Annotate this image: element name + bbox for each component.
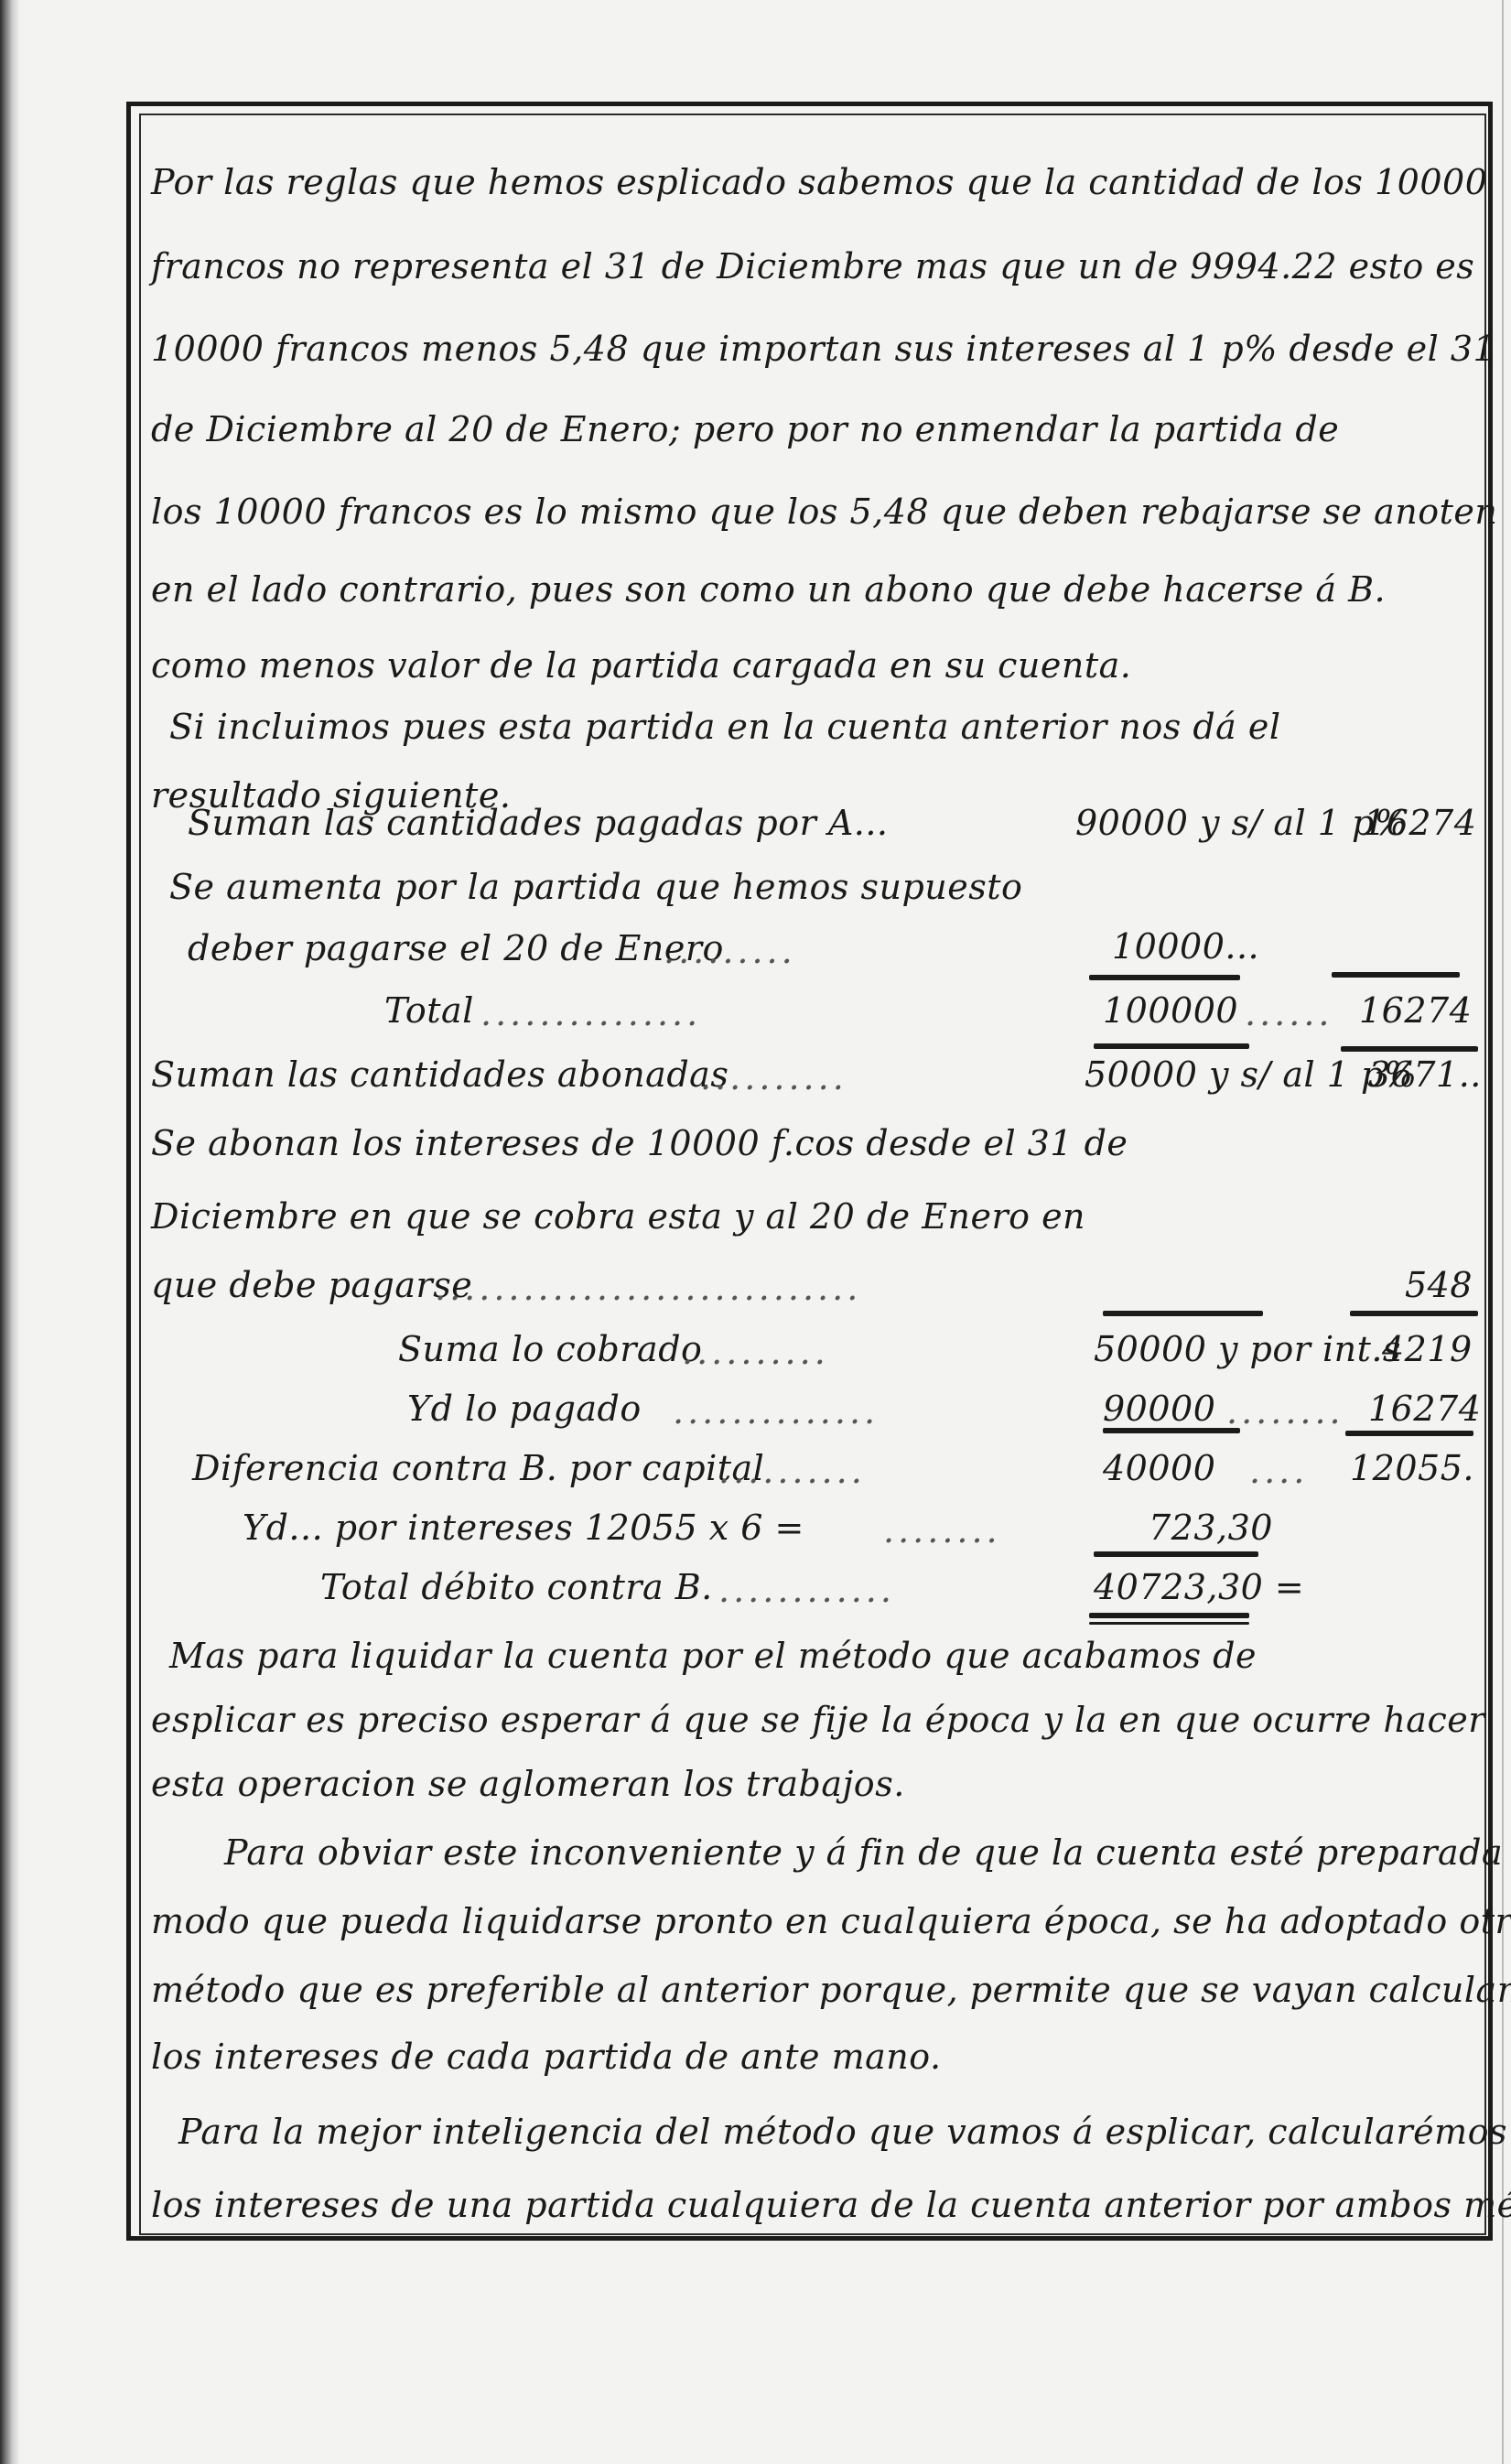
double-rule (1089, 1613, 1249, 1618)
double-rule (1094, 1043, 1249, 1049)
text-line: los intereses de cada partida de ante ma… (151, 2039, 942, 2074)
account-capital: 40000 (1103, 1451, 1215, 1486)
leader-dots: .... (1249, 1454, 1308, 1488)
account-label: Diciembre en que se cobra esta y al 20 d… (151, 1199, 1085, 1234)
sum-rule (1089, 975, 1240, 980)
text-line: esplicar es preciso esperar á que se fij… (151, 1702, 1485, 1737)
sum-rule (1103, 1311, 1263, 1316)
account-label: Total débito contra B. (320, 1570, 713, 1605)
double-rule (1341, 1046, 1478, 1052)
leader-dots: ............................. (435, 1270, 861, 1305)
account-label: Suman las cantidades pagadas por A... (188, 805, 889, 840)
sum-rule (1345, 1431, 1473, 1436)
account-label: Se abonan los intereses de 10000 f.cos d… (151, 1126, 1128, 1161)
leader-dots: ...... (1245, 996, 1333, 1031)
text-line: francos no representa el 31 de Diciembre… (151, 249, 1474, 284)
account-label: deber pagarse el 20 de Enero (188, 931, 724, 966)
text-line: 10000 francos menos 5,48 que importan su… (151, 331, 1495, 366)
account-interest: 4219 (1382, 1332, 1473, 1367)
leader-dots: ........ (883, 1513, 1001, 1548)
text-line: de Diciembre al 20 de Enero; pero por no… (151, 412, 1339, 447)
account-interest: 16274 (1368, 1391, 1481, 1426)
account-capital: 90000 (1103, 1391, 1215, 1426)
sum-rule (1350, 1311, 1478, 1316)
sum-rule (1094, 1551, 1258, 1557)
text-line: método que es preferible al anterior por… (151, 1972, 1511, 2007)
leader-dots: ......... (664, 934, 796, 968)
account-label: Yd lo pagado (407, 1391, 642, 1426)
account-capital: 10000... (1112, 929, 1259, 964)
leader-dots: .......... (682, 1335, 829, 1369)
account-label: que debe pagarse (151, 1268, 472, 1302)
account-label: Total (384, 993, 474, 1028)
account-interest: 12055. (1350, 1451, 1474, 1486)
double-rule (1089, 1622, 1249, 1625)
text-line: los 10000 francos es lo mismo que los 5,… (151, 494, 1497, 529)
text-line: los intereses de una partida cualquiera … (151, 2188, 1511, 2222)
leader-dots: .............. (673, 1394, 879, 1429)
account-capital: 50000 y por int.s (1094, 1332, 1401, 1367)
text-line: Por las reglas que hemos esplicado sabem… (151, 165, 1487, 200)
account-capital: 90000 y s/ al 1 p% (1075, 805, 1408, 840)
account-capital: 100000 (1103, 993, 1238, 1028)
account-interest: 3671.. (1368, 1057, 1482, 1092)
text-line: esta operacion se aglomeran los trabajos… (151, 1767, 905, 1801)
text-line: Mas para liquidar la cuenta por el métod… (169, 1638, 1257, 1673)
account-label: Suman las cantidades abonadas (151, 1057, 729, 1092)
text-line: Si incluimos pues esta partida en la cue… (169, 709, 1281, 744)
sum-rule (1103, 1428, 1240, 1433)
account-capital: 723,30 (1149, 1510, 1273, 1545)
text-line: Para la mejor inteligencia del método qu… (178, 2114, 1507, 2149)
account-interest: 16274 (1364, 805, 1476, 840)
binding-shadow (0, 0, 20, 2464)
account-label: Suma lo cobrado (398, 1332, 702, 1367)
leader-dots: ........ (1226, 1394, 1344, 1429)
leader-dots: ............... (480, 996, 701, 1031)
leader-dots: .......... (700, 1060, 847, 1095)
text-line: modo que pueda liquidarse pronto en cual… (151, 1904, 1511, 1939)
account-interest: 16274 (1359, 993, 1472, 1028)
leader-dots: ............ (718, 1572, 895, 1607)
account-capital: 40723,30 = (1094, 1570, 1304, 1605)
account-interest: 548 (1405, 1268, 1473, 1302)
account-label: Yd... por intereses 12055 x 6 = (243, 1510, 804, 1545)
account-capital: 50000 y s/ al 1 p% (1085, 1057, 1417, 1092)
text-line: Para obviar este inconveniente y á fin d… (224, 1835, 1511, 1870)
leader-dots: .......... (718, 1454, 866, 1488)
account-label: Diferencia contra B. por capital (192, 1451, 764, 1486)
page-edge (1502, 0, 1504, 2464)
account-label: Se aumenta por la partida que hemos supu… (169, 870, 1022, 904)
text-line: como menos valor de la partida cargada e… (151, 648, 1131, 683)
sum-rule (1332, 972, 1460, 978)
text-line: en el lado contrario, pues son como un a… (151, 572, 1386, 607)
